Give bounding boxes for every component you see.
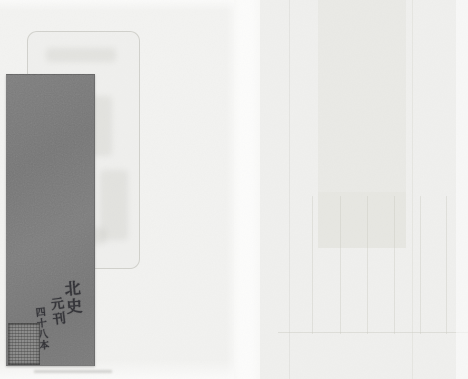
ruled-line [278,332,468,333]
book-cover-scan: 北史 元刊 四十八本 [0,0,468,379]
column-rule [446,196,447,334]
column-rule [312,196,313,334]
column-rule [340,196,341,334]
label-shadow [34,370,112,373]
column-rule [394,196,395,334]
column-rule [420,196,421,334]
paper-strip-top [318,0,406,192]
spine-title-label: 北史 元刊 四十八本 [6,74,95,366]
column-rule [367,196,368,334]
page-fold-line [412,0,413,379]
seal-stamp-icon [8,323,40,365]
paper-strip-bottom [318,192,406,248]
page-fold-line [289,0,290,379]
title-column-2: 元刊 [45,296,68,328]
page-edge-highlight [456,0,468,379]
bleedthrough-mark [46,48,116,62]
